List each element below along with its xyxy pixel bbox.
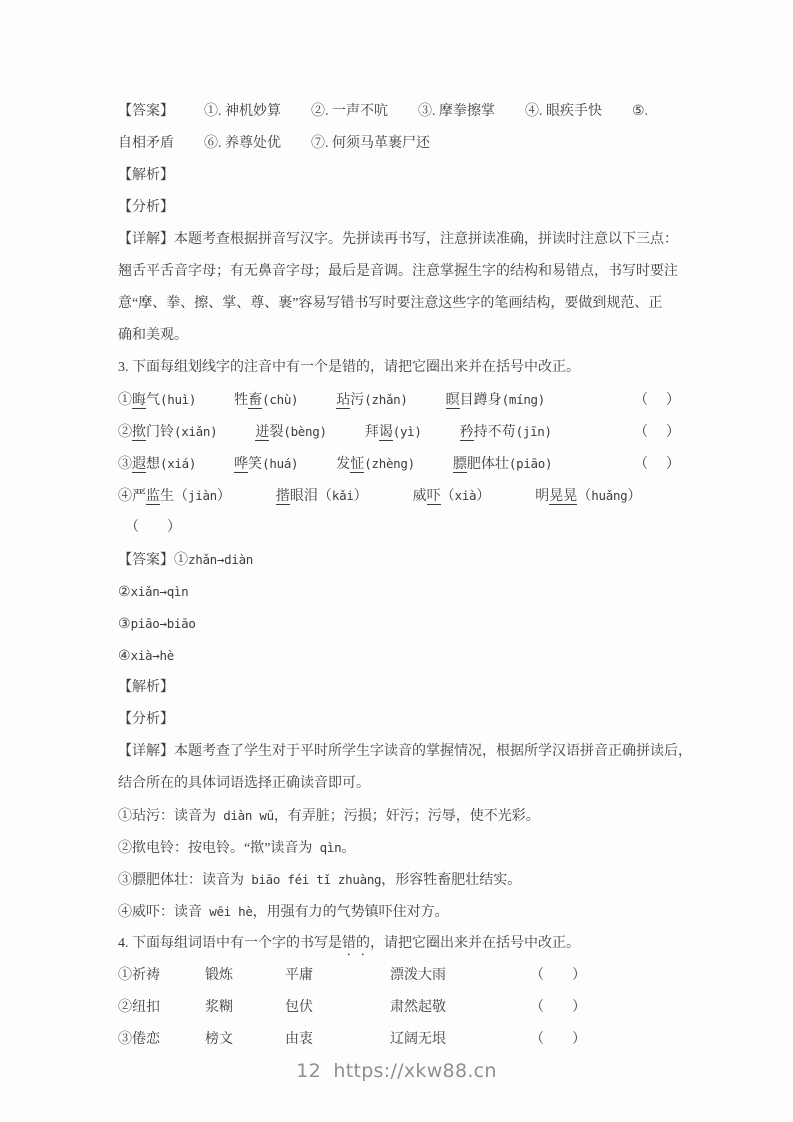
q3-item4-paren-seg-1: （ ）	[125, 520, 181, 535]
q3-item4-g2-seg-1: 揩	[276, 489, 290, 505]
q3-item1-g1-seg-4: (huì)	[160, 392, 196, 407]
q3-item4-g2-seg-5: ）	[354, 489, 368, 504]
q3-answer-line1: 【答案】①zhǎn→diàn	[118, 544, 684, 576]
q3-detail-line2: 结合所在的具体词语选择正确读音即可。	[118, 768, 684, 800]
q3-item1-g4-seg-2: 目蹲身	[460, 393, 502, 408]
q3-item4-word-group-1: ④严监生（jiàn）	[118, 480, 231, 513]
q3-item3-g1-seg-2: 遐	[132, 457, 146, 473]
q4-item2-word-3: 包伏	[285, 992, 313, 1024]
q3-answer-line4-seg-2: xià→hè	[131, 648, 174, 663]
q3-item4-g2-seg-4: kǎi	[332, 488, 354, 503]
q4-stem-seg-2: 错的	[342, 936, 370, 951]
q3-item1-g3-seg-1: 玷	[336, 393, 350, 409]
q3-item1-correction-blank: （ ）	[634, 385, 682, 417]
q4-item3: ③倦恋榜文由衷辽阔无垠（ ）	[118, 1024, 684, 1056]
q3-item4-g4-seg-1: 明	[535, 489, 549, 504]
q3-detail-line1-seg-1: 【详解】本题考查了学生对于平时所学生字读音的掌握情况，根据所学汉语拼音正确拼读后…	[118, 744, 692, 759]
exam-answer-document-page: 【答案】①. 神机妙算②. 一声不吭③. 摩拳擦掌④. 眼疾手快⑤.自相矛盾⑥.…	[0, 0, 793, 1122]
q4-item2-word-2: 浆糊	[205, 992, 233, 1024]
q3-item2-g1-seg-4: (xiǎn)	[174, 424, 217, 439]
q3-item2-g1-seg-2: 揿	[132, 425, 146, 441]
q2-answer-line2: 自相矛盾⑥. 养尊处优⑦. 何须马革裹尸还	[118, 128, 684, 160]
q3-item2-g1-seg-3: 门铃	[146, 425, 174, 440]
q2-detail-line4: 确和美观。	[118, 320, 684, 352]
q3-explain-1-seg-3: ，有弄脏；污损；奸污；污辱，使不光彩。	[274, 809, 540, 824]
q3-item4-g3-seg-1: 威	[413, 489, 427, 504]
q3-explain-2-seg-3: 。	[341, 841, 355, 856]
q3-item2-g3-seg-1: 拜	[365, 425, 379, 440]
q3-item4-g3-seg-4: xià	[455, 488, 477, 503]
q3-item2-g2-seg-1: 迸	[255, 425, 269, 441]
q3-explain-4-seg-1: ④威吓：读音	[118, 905, 202, 920]
q3-item2-g1-seg-1: ②	[118, 425, 132, 440]
q3-stem: 3. 下面每组划线字的注音中有一个是错的，请把它圈出来并在括号中改正。	[118, 352, 684, 384]
q4-item3-word-3: 由衷	[285, 1024, 313, 1056]
q3-explain-1: ①玷污：读音为 diàn wū，有弄脏；污损；奸污；污辱，使不光彩。	[118, 800, 684, 832]
q3-item2-g3-seg-3: (yì)	[393, 424, 422, 439]
q3-item3: ③遐想(xiá)哗笑(huá)发怔(zhèng)膘肥体壮(piāo)（ ）	[118, 448, 684, 480]
q3-item4-g1-seg-3: 生	[160, 489, 174, 504]
q3-item4-g3-seg-5: ）	[476, 489, 490, 504]
q3-item4-g4-seg-2: 晃晃	[549, 489, 577, 505]
q4-item2-word-1: ②纽扣	[118, 992, 160, 1024]
footer-watermark-url: https://xkw88.cn	[333, 1060, 496, 1082]
q3-item4-g4-seg-5: ）	[627, 489, 641, 504]
q2-detail-line3: 意“摩、拳、擦、掌、尊、裹”容易写错书写时要注意这些字的笔画结构，要做到规范、正	[118, 288, 684, 320]
q3-answer-line4-seg-1: ④	[118, 649, 131, 664]
q2-jiexi-label: 【解析】	[118, 160, 684, 192]
q3-item1-g2-seg-1: 牲	[234, 393, 248, 408]
q3-item1-g4-seg-3: (míng)	[502, 392, 545, 407]
q2-detail-line2-seg-1: 翘舌平舌音字母；有无鼻音字母；最后是音调。注意掌握生字的结构和易错点，书写时要注	[118, 264, 678, 279]
q2-detail-line1: 【详解】本题考查根据拼音写汉字。先拼读再书写，注意拼读准确，拼读时注意以下三点：	[118, 224, 684, 256]
q2-answer-line1-item-1: 【答案】	[118, 96, 174, 128]
q3-item1: ①晦气(huì)牲畜(chù)玷污(zhǎn)瞑目蹲身(míng)（ ）	[118, 384, 684, 416]
q3-item4-g2-seg-2: 眼泪	[290, 489, 318, 504]
q3-item1-word-group-1: ①晦气(huì)	[118, 384, 196, 417]
q3-item2-word-group-3: 拜谒(yì)	[365, 416, 422, 449]
q3-explain-4-seg-2: wēi hè	[202, 904, 253, 919]
q2-jiexi-label-seg-1: 【解析】	[118, 168, 174, 183]
q4-item2-correction-blank: （ ）	[530, 992, 586, 1024]
q3-item2-correction-blank: （ ）	[634, 417, 682, 449]
q3-item1-g3-seg-3: (zhǎn)	[364, 392, 407, 407]
q3-answer-line3-seg-1: ③	[118, 617, 131, 632]
q2-answer-line2-item-1: 自相矛盾	[118, 128, 174, 160]
q3-item4-g1-seg-4: （	[174, 489, 188, 504]
q3-explain-2-seg-2: qìn	[312, 840, 341, 855]
q4-item1-word-1: ①祈祷	[118, 960, 160, 992]
q3-item4-g3-seg-2: 吓	[427, 489, 441, 505]
q3-item4-g1-seg-6: ）	[217, 489, 231, 504]
q3-item1-word-group-3: 玷污(zhǎn)	[336, 384, 407, 417]
q3-item4: ④严监生（jiàn）揩眼泪（kǎi）威吓（xià）明晃晃（huǎng）	[118, 480, 684, 512]
q3-answer-line1-seg-2: zhǎn→diàn	[188, 552, 253, 567]
q3-answer-line2-seg-1: ②	[118, 585, 131, 600]
q3-item3-g2-seg-2: 笑	[248, 457, 262, 472]
q3-item3-word-group-2: 哗笑(huá)	[234, 448, 298, 481]
q4-stem-seg-1: 4. 下面每组词语中有一个字的书写是	[118, 936, 342, 951]
q3-item2-g4-seg-1: 矜	[460, 425, 474, 441]
document-body: 【答案】①. 神机妙算②. 一声不吭③. 摩拳擦掌④. 眼疾手快⑤.自相矛盾⑥.…	[118, 96, 684, 1056]
q3-item1-g2-seg-2: 畜	[248, 393, 262, 409]
q2-answer-line1-item-4: ③. 摩拳擦掌	[418, 96, 495, 128]
q2-fenxi-label-seg-1: 【分析】	[118, 200, 174, 215]
q3-item3-g4-seg-2: 肥体壮	[467, 457, 509, 472]
q3-explain-1-seg-1: ①玷污：读音为	[118, 809, 216, 824]
q2-answer-line2-item-2: ⑥. 养尊处优	[204, 128, 281, 160]
q3-item2-g2-seg-3: (bèng)	[283, 424, 326, 439]
q3-item4-word-group-2: 揩眼泪（kǎi）	[276, 480, 368, 513]
q3-explain-3: ③膘肥体壮：读音为 biāo féi tǐ zhuàng，形容牲畜肥壮结实。	[118, 864, 684, 896]
q3-item3-correction-blank: （ ）	[634, 449, 682, 481]
q3-item1-g4-seg-1: 瞑	[446, 393, 460, 409]
q3-item2-g3-seg-2: 谒	[379, 425, 393, 441]
q3-answer-line3: ③piāo→biāo	[118, 608, 684, 640]
q3-explain-4: ④威吓：读音 wēi hè，用强有力的气势镇吓住对方。	[118, 896, 684, 928]
q4-stem: 4. 下面每组词语中有一个字的书写是错的，请把它圈出来并在括号中改正。	[118, 928, 684, 960]
q3-fenxi-label-seg-1: 【分析】	[118, 712, 174, 727]
q4-item1-correction-blank: （ ）	[530, 960, 586, 992]
q3-explain-4-seg-3: ，用强有力的气势镇吓住对方。	[253, 905, 449, 920]
q3-item2-g2-seg-2: 裂	[269, 425, 283, 440]
q3-item4-g3-seg-3: （	[441, 489, 455, 504]
q2-answer-line1-item-5: ④. 眼疾手快	[525, 96, 602, 128]
q4-item3-word-1: ③倦恋	[118, 1024, 160, 1056]
q3-item4-paren: （ ）	[118, 512, 684, 544]
q3-explain-3-seg-3: ，形容牲畜肥壮结实。	[381, 873, 521, 888]
q3-detail-line2-seg-1: 结合所在的具体词语选择正确读音即可。	[118, 776, 370, 791]
q2-detail-line3-seg-1: 意“摩、拳、擦、掌、尊、裹”容易写错书写时要注意这些字的笔画结构，要做到规范、正	[118, 296, 662, 311]
q4-item1: ①祈祷锻炼平庸漂泼大雨（ ）	[118, 960, 684, 992]
q3-item3-word-group-1: ③遐想(xiá)	[118, 448, 196, 481]
page-number: 12	[296, 1060, 321, 1082]
q3-item4-g2-seg-3: （	[318, 489, 332, 504]
q3-item1-g1-seg-2: 晦	[132, 393, 146, 409]
q3-explain-3-seg-2: biāo féi tǐ zhuàng	[244, 872, 381, 887]
q4-item3-word-4: 辽阔无垠	[390, 1024, 446, 1056]
q3-item3-g2-seg-1: 哗	[234, 457, 248, 473]
q2-answer-line1: 【答案】①. 神机妙算②. 一声不吭③. 摩拳擦掌④. 眼疾手快⑤.	[118, 96, 684, 128]
q3-item3-g1-seg-4: (xiá)	[160, 456, 196, 471]
q4-item2: ②纽扣浆糊包伏肃然起敬（ ）	[118, 992, 684, 1024]
q3-item3-g3-seg-1: 发	[336, 457, 350, 472]
q2-detail-line2: 翘舌平舌音字母；有无鼻音字母；最后是音调。注意掌握生字的结构和易错点，书写时要注	[118, 256, 684, 288]
q3-item2: ②揿门铃(xiǎn)迸裂(bèng)拜谒(yì)矜持不苟(jīn)（ ）	[118, 416, 684, 448]
q2-answer-line2-item-3: ⑦. 何须马革裹尸还	[311, 128, 430, 160]
q3-item1-word-group-4: 瞑目蹲身(míng)	[446, 384, 545, 417]
q3-item2-g4-seg-3: (jīn)	[516, 424, 552, 439]
q4-item1-word-3: 平庸	[285, 960, 313, 992]
q3-item4-word-group-3: 威吓（xià）	[413, 480, 491, 513]
q3-answer-line2: ②xiǎn→qìn	[118, 576, 684, 608]
q3-item1-g3-seg-2: 污	[350, 393, 364, 408]
q3-fenxi-label: 【分析】	[118, 704, 684, 736]
q3-explain-3-seg-1: ③膘肥体壮：读音为	[118, 873, 244, 888]
q2-fenxi-label: 【分析】	[118, 192, 684, 224]
q3-item3-g4-seg-3: (piāo)	[509, 456, 552, 471]
q3-item3-g3-seg-2: 怔	[350, 457, 364, 473]
q3-item3-g2-seg-3: (huá)	[262, 456, 298, 471]
q4-item1-word-4: 漂泼大雨	[390, 960, 446, 992]
q3-detail-line1: 【详解】本题考查了学生对于平时所学生字读音的掌握情况，根据所学汉语拼音正确拼读后…	[118, 736, 684, 768]
q4-item3-word-2: 榜文	[205, 1024, 233, 1056]
q3-jiexi-label-seg-1: 【解析】	[118, 680, 174, 695]
q3-item2-word-group-2: 迸裂(bèng)	[255, 416, 326, 449]
q3-item1-g1-seg-3: 气	[146, 393, 160, 408]
q4-item1-word-2: 锻炼	[205, 960, 233, 992]
q3-item1-g2-seg-3: (chù)	[262, 392, 298, 407]
q3-answer-line1-seg-1: 【答案】①	[118, 553, 188, 568]
q4-item3-correction-blank: （ ）	[530, 1024, 586, 1056]
q3-explain-2: ②揿电铃：按电铃。“揿”读音为 qìn。	[118, 832, 684, 864]
q3-item2-word-group-4: 矜持不苟(jīn)	[460, 416, 552, 449]
q3-stem-seg-1: 3. 下面每组划线字的注音中有一个是错的，请把它圈出来并在括号中改正。	[118, 360, 580, 375]
q3-item3-g1-seg-3: 想	[146, 457, 160, 472]
q3-answer-line3-seg-2: piāo→biāo	[131, 616, 196, 631]
q3-answer-line2-seg-2: xiǎn→qìn	[131, 584, 189, 599]
q4-stem-seg-3: ，请把它圈出来并在括号中改正。	[370, 936, 580, 951]
q2-answer-line1-item-2: ①. 神机妙算	[204, 96, 281, 128]
q3-item4-g1-seg-5: jiàn	[188, 488, 217, 503]
q3-explain-2-seg-1: ②揿电铃：按电铃。“揿”读音为	[118, 841, 312, 856]
q3-item4-g1-seg-1: ④严	[118, 489, 146, 504]
q3-item3-word-group-3: 发怔(zhèng)	[336, 448, 415, 481]
q3-item2-word-group-1: ②揿门铃(xiǎn)	[118, 416, 217, 449]
q3-item1-word-group-2: 牲畜(chù)	[234, 384, 298, 417]
q3-answer-line4: ④xià→hè	[118, 640, 684, 672]
q3-item1-g1-seg-1: ①	[118, 393, 132, 408]
q3-item3-g1-seg-1: ③	[118, 457, 132, 472]
q2-detail-line1-seg-1: 【详解】本题考查根据拼音写汉字。先拼读再书写，注意拼读准确，拼读时注意以下三点：	[118, 232, 678, 247]
q3-explain-1-seg-2: diàn wū	[216, 808, 274, 823]
q3-item3-g3-seg-3: (zhèng)	[364, 456, 415, 471]
q3-item4-g1-seg-2: 监	[146, 489, 160, 505]
q2-answer-line1-item-6: ⑤.	[632, 96, 648, 128]
q3-item4-g4-seg-4: huǎng	[591, 488, 627, 503]
page-footer: 12 https://xkw88.cn	[0, 1060, 793, 1082]
q3-item3-g4-seg-1: 膘	[453, 457, 467, 473]
q3-item2-g4-seg-2: 持不苟	[474, 425, 516, 440]
q3-item4-g4-seg-3: （	[577, 489, 591, 504]
q2-detail-line4-seg-1: 确和美观。	[118, 328, 188, 343]
q3-jiexi-label: 【解析】	[118, 672, 684, 704]
q3-item3-word-group-4: 膘肥体壮(piāo)	[453, 448, 552, 481]
q3-item4-word-group-4: 明晃晃（huǎng）	[535, 480, 641, 513]
q2-answer-line1-item-3: ②. 一声不吭	[311, 96, 388, 128]
q4-item2-word-4: 肃然起敬	[390, 992, 446, 1024]
